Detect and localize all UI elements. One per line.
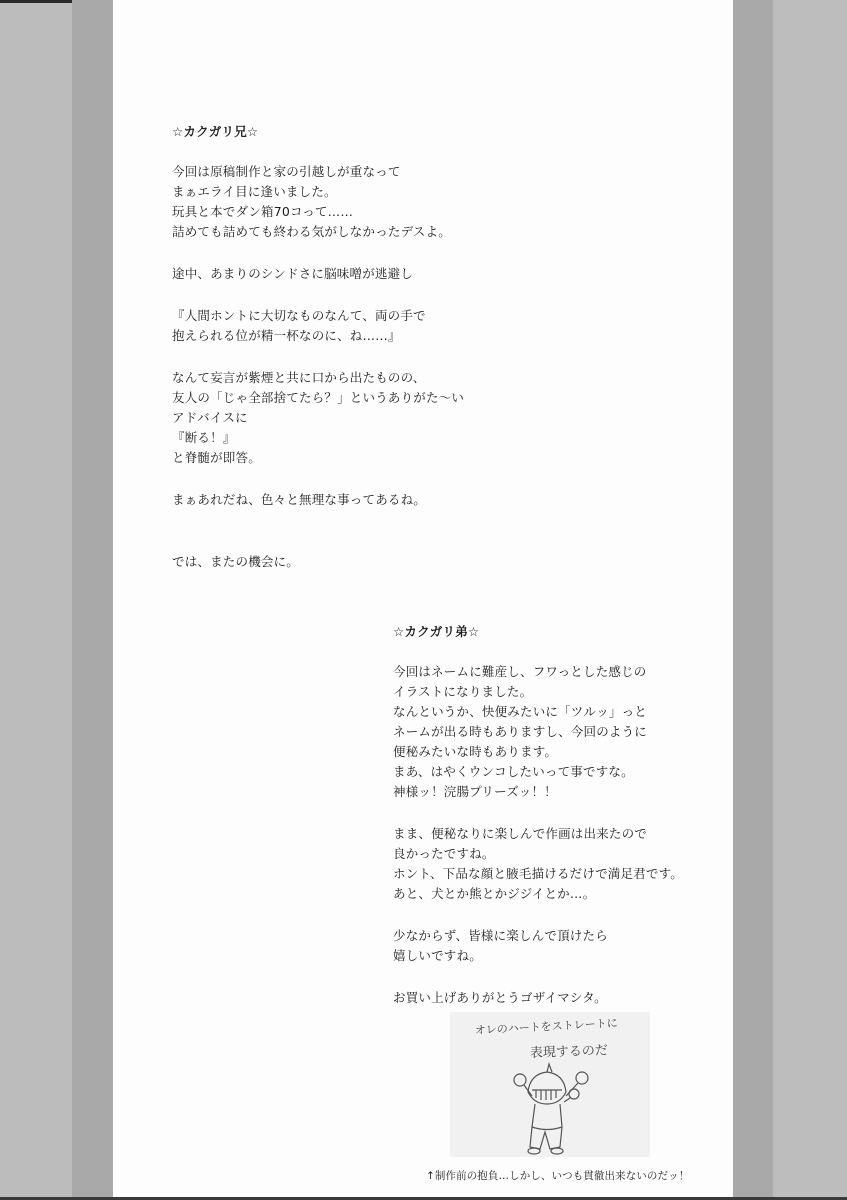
text-line: なんというか、快便みたいに「ツルッ」っと — [393, 702, 683, 722]
handwriting-line-2: 表現するのだ — [530, 1043, 608, 1061]
page-gutter-right — [733, 0, 773, 1200]
section-heading: ☆カクガリ兄☆ — [172, 122, 464, 142]
handwriting-line-1: オレのハートをストレートに — [474, 1017, 617, 1037]
illustration-caption: ↑制作前の抱負…しかし、いつも貫徹出来ないのだッ！ — [426, 1168, 689, 1183]
text-line: 友人の「じゃ全部捨てたら？」というありがた〜い — [172, 388, 464, 408]
text-line: アドバイスに — [172, 408, 464, 428]
text-line: お買い上げありがとうゴザイマシタ。 — [393, 988, 683, 1008]
text-line: 今回はネームに難産し、フワっとした感じの — [393, 662, 683, 682]
text-line: なんて妄言が紫煙と共に口から出たものの、 — [172, 368, 464, 388]
afterword-younger-brother: ☆カクガリ弟☆ 今回はネームに難産し、フワっとした感じの イラストになりました。… — [393, 622, 683, 1008]
character-sketch-icon: オレのハートをストレートに 表現するのだ — [450, 1012, 650, 1157]
text-line: と脊髄が即答。 — [172, 448, 464, 468]
text-line: 玩具と本でダン箱70コって…… — [172, 202, 464, 222]
text-line: 便秘みたいな時もあります。 — [393, 742, 683, 762]
scan-margin-right — [773, 0, 847, 1200]
text-line: ネームが出る時もありますし、今回のように — [393, 722, 683, 742]
text-line: まあ、はやくウンコしたいって事ですな。 — [393, 762, 683, 782]
sketch-illustration: オレのハートをストレートに 表現するのだ — [450, 1012, 650, 1157]
text-line: では、またの機会に。 — [172, 552, 464, 572]
text-line: ホント、下品な顔と腋毛描けるだけで満足君です。 — [393, 864, 683, 884]
text-line: まま、便秘なりに楽しんで作画は出来たので — [393, 824, 683, 844]
page-gutter-left — [72, 0, 113, 1200]
text-line: 『断る！』 — [172, 428, 464, 448]
text-line: 少なからず、皆様に楽しんで頂けたら — [393, 926, 683, 946]
text-line: 神様ッ！浣腸プリーズッ！！ — [393, 782, 683, 802]
text-line: まぁあれだね、色々と無理な事ってあるね。 — [172, 490, 464, 510]
text-line: 途中、あまりのシンドさに脳味噌が逃避し — [172, 264, 464, 284]
text-line: 良かったですね。 — [393, 844, 683, 864]
text-line: 抱えられる位が精一杯なのに、ね……』 — [172, 326, 464, 346]
text-line: 今回は原稿制作と家の引越しが重なって — [172, 162, 464, 182]
text-line: あと、犬とか熊とかジジイとか…。 — [393, 884, 683, 904]
afterword-elder-brother: ☆カクガリ兄☆ 今回は原稿制作と家の引越しが重なって まぁエライ目に逢いました。… — [172, 122, 464, 572]
text-line: イラストになりました。 — [393, 682, 683, 702]
text-line: 『人間ホントに大切なものなんて、両の手で — [172, 306, 464, 326]
text-line: 詰めても詰めても終わる気がしなかったデスよ。 — [172, 222, 464, 242]
section-heading: ☆カクガリ弟☆ — [393, 622, 683, 642]
text-line: 嬉しいですね。 — [393, 946, 683, 966]
text-line: まぁエライ目に逢いました。 — [172, 182, 464, 202]
